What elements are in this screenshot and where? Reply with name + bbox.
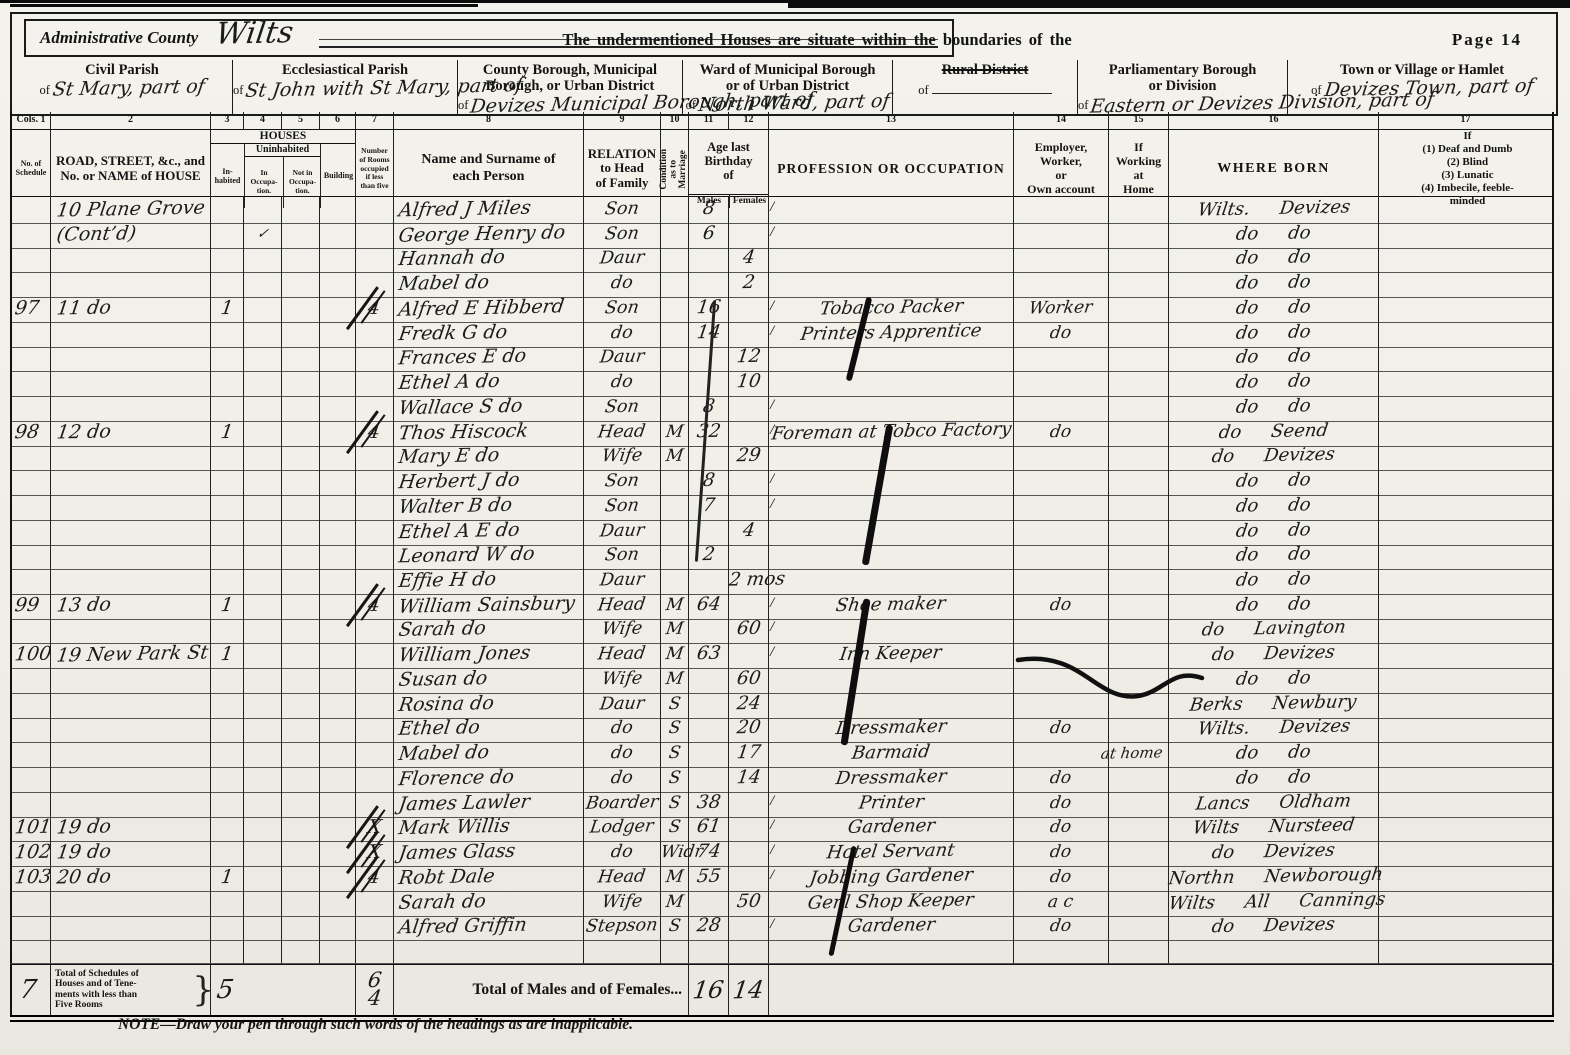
cell-un xyxy=(281,642,319,669)
cell-born: Wilts Nursteed xyxy=(1168,815,1378,842)
table-row: 9812 do14Thos HiscockHeadM32/Foreman at … xyxy=(10,420,1554,445)
cell-un xyxy=(281,370,319,397)
handwritten-entry: at home xyxy=(1099,741,1164,766)
district-value: ofDevizes Town, part of xyxy=(1288,79,1556,98)
handwritten-entry: Head xyxy=(597,592,648,617)
cell-cond: S xyxy=(660,716,688,743)
cell-emp xyxy=(1013,741,1108,768)
column-number-row: Cols. 1234567891011121314151617 xyxy=(10,112,1554,130)
handwritten-entry: 103 xyxy=(13,864,53,889)
cell-emp: do xyxy=(1013,865,1108,892)
cell-occ xyxy=(768,370,1013,397)
enumerator-tick: / xyxy=(770,640,774,664)
cell-bld xyxy=(319,791,355,818)
handwritten-entry: Ethel A do xyxy=(397,369,501,395)
handwritten-entry: 60 xyxy=(735,667,762,691)
col-number-15: 15 xyxy=(1108,112,1168,129)
cell-home xyxy=(1108,246,1168,273)
cell-ageM: 32 xyxy=(688,420,728,447)
totals-label: Total of Schedules of Houses and of Tene… xyxy=(51,969,192,1012)
cell-bld xyxy=(319,914,355,941)
cell-rooms: X xyxy=(355,840,393,867)
census-page: Administrative County Wilts The undermen… xyxy=(0,0,1570,1055)
totals-empty xyxy=(768,965,1554,1015)
cell-sched xyxy=(10,692,50,719)
handwritten-entry: Hannah do xyxy=(397,245,506,271)
table-row: Mabel dodoS17Barmaidat homedo do xyxy=(10,741,1554,766)
handwritten-entry: do Seend xyxy=(1217,418,1329,444)
handwritten-entry: do Devizes xyxy=(1210,913,1336,940)
cell-ageF: 60 xyxy=(728,667,768,694)
cell-rel: Daur xyxy=(583,246,660,273)
district-cell: Ward of Municipal Borough or of Urban Di… xyxy=(682,60,892,114)
cell-rel: Son xyxy=(583,395,660,422)
cell-sched: 102 xyxy=(10,840,50,867)
cell-un xyxy=(281,791,319,818)
totals-females: 14 xyxy=(728,965,768,1015)
cell-un xyxy=(281,444,319,471)
cell-ageF xyxy=(728,469,768,496)
col-number-8: 8 xyxy=(393,112,583,129)
handwritten-entry: 2 xyxy=(701,543,716,567)
cell-inh xyxy=(210,345,243,372)
handwritten-entry: 14 xyxy=(695,320,722,344)
cell-inh xyxy=(210,271,243,298)
handwritten-entry: 1 xyxy=(219,642,234,666)
cell-uo xyxy=(243,667,281,694)
table-row: Sarah doWifeM60/do Lavington xyxy=(10,617,1554,642)
handwritten-entry: James Glass xyxy=(397,839,517,865)
cell-born: do do xyxy=(1168,395,1378,422)
cell-inf xyxy=(1378,840,1554,867)
cell-occ: Genl Shop Keeper xyxy=(768,890,1013,917)
cell-occ xyxy=(768,246,1013,273)
handwritten-entry: 60 xyxy=(735,617,762,641)
cell-bld xyxy=(319,370,355,397)
handwritten-entry: 4 xyxy=(367,419,382,443)
col-number-6: 6 xyxy=(319,112,355,129)
cell-sched: 100 xyxy=(10,642,50,669)
cell-road xyxy=(50,692,210,719)
cell-inf xyxy=(1378,914,1554,941)
cell-occ: /Gardener xyxy=(768,815,1013,842)
cell-uo xyxy=(243,246,281,273)
cell-emp: do xyxy=(1013,766,1108,793)
cell-inf xyxy=(1378,519,1554,546)
cell-un xyxy=(281,222,319,249)
cell-un xyxy=(281,568,319,595)
district-title: Parliamentary Borough or Division xyxy=(1078,63,1287,94)
handwritten-entry: 20 do xyxy=(55,864,112,889)
cell-cond: S xyxy=(660,815,688,842)
cell-home xyxy=(1108,469,1168,496)
cell-un xyxy=(281,321,319,348)
cell-ageF xyxy=(728,420,768,447)
handwritten-entry: Head xyxy=(597,642,648,667)
handwritten-entry: William Sainsbury xyxy=(397,591,576,619)
cell-home xyxy=(1108,766,1168,793)
cell-uo xyxy=(243,890,281,917)
handwritten-entry: Ethel do xyxy=(397,716,481,742)
handwritten-entry: Hotel Servant xyxy=(826,839,957,866)
cell-rel: do xyxy=(583,370,660,397)
cell-ageM: 38 xyxy=(688,791,728,818)
cell-ageF xyxy=(728,395,768,422)
cell-rel: Son xyxy=(583,296,660,323)
handwritten-entry: do do xyxy=(1235,493,1313,519)
handwritten-entry: do do xyxy=(1235,543,1313,569)
cell-home xyxy=(1108,420,1168,447)
cell-rooms xyxy=(355,469,393,496)
cell-occ: /Printers Apprentice xyxy=(768,321,1013,348)
cell-un xyxy=(281,914,319,941)
cell-uo xyxy=(243,815,281,842)
handwritten-entry: 16 xyxy=(695,296,722,320)
handwritten-entry: 1 xyxy=(219,419,234,443)
handwritten-entry: 10 xyxy=(735,370,762,394)
of-label: of xyxy=(233,83,243,97)
cell-sched xyxy=(10,494,50,521)
handwritten-entry: 6 xyxy=(701,222,716,246)
enumerator-tick: / xyxy=(770,220,774,244)
column-header-row: No. of Schedule ROAD, STREET, &c., and N… xyxy=(10,130,1554,197)
cell-rooms xyxy=(355,444,393,471)
cell-name: Wallace S do xyxy=(393,395,583,422)
cell-ageM: 6 xyxy=(688,222,728,249)
cell-rel: Daur xyxy=(583,568,660,595)
cell-ageM xyxy=(688,617,728,644)
table-row: 10019 New Park St1William JonesHeadM63/I… xyxy=(10,642,1554,667)
cell-ageF xyxy=(728,815,768,842)
handwritten-entry: M xyxy=(664,642,685,666)
cell-bld xyxy=(319,246,355,273)
cell-emp xyxy=(1013,543,1108,570)
cell-inf xyxy=(1378,791,1554,818)
cell-sched xyxy=(10,914,50,941)
handwritten-entry: 1 xyxy=(219,593,234,617)
cell-un xyxy=(281,519,319,546)
cell-rel: Wife xyxy=(583,444,660,471)
cell-ageM: 64 xyxy=(688,593,728,620)
district-value: ofNorth Ward, part of xyxy=(683,94,892,113)
totals-label-cell: Total of Schedules of Houses and of Tene… xyxy=(50,965,210,1015)
cell-rooms xyxy=(355,741,393,768)
cell-occ: /Printer xyxy=(768,791,1013,818)
page-number: Page 14 xyxy=(1452,30,1522,50)
cell-sched xyxy=(10,617,50,644)
col-number-1: Cols. 1 xyxy=(10,112,50,129)
handwritten-entry: 12 do xyxy=(55,419,112,444)
cell-uo xyxy=(243,345,281,372)
handwritten-entry: M xyxy=(664,889,685,913)
handwritten-entry: Wilts. Devizes xyxy=(1196,715,1352,742)
cell-name: Alfred Griffin xyxy=(393,914,583,941)
table-row: 9711 do14Alfred E HibberdSon16/Tobacco P… xyxy=(10,296,1554,321)
cell-name: Mark Willis xyxy=(393,815,583,842)
cell-un xyxy=(281,865,319,892)
handwritten-entry: Berks Newbury xyxy=(1189,690,1359,717)
cell-occ: Dressmaker xyxy=(768,716,1013,743)
scan-edge-artifact xyxy=(788,0,1570,8)
cell-inh: 1 xyxy=(210,296,243,323)
cell-inh xyxy=(210,939,243,964)
cell-home xyxy=(1108,296,1168,323)
cell-inh xyxy=(210,741,243,768)
cell-rel: Son xyxy=(583,543,660,570)
table-row: James LawlerBoarderS38/PrinterdoLancs Ol… xyxy=(10,791,1554,816)
cell-occ xyxy=(768,692,1013,719)
cell-born: do do xyxy=(1168,519,1378,546)
cell-rooms xyxy=(355,642,393,669)
cell-ageM: 14 xyxy=(688,321,728,348)
handwritten-entry: Walter B do xyxy=(397,493,514,519)
col-number-10: 10 xyxy=(660,112,688,129)
cell-rel: Daur xyxy=(583,692,660,719)
cell-name: Ethel A E do xyxy=(393,519,583,546)
handwritten-entry: Son xyxy=(603,221,640,246)
cell-sched xyxy=(10,519,50,546)
table-row: Fredk G dodo14/Printers Apprenticedodo d… xyxy=(10,321,1554,346)
cell-inh xyxy=(210,815,243,842)
cell-name: Rosina do xyxy=(393,692,583,719)
handwritten-entry: 13 do xyxy=(55,592,112,617)
totals-schedule-mark: 7 xyxy=(10,965,50,1015)
cell-un xyxy=(281,395,319,422)
cell-ageF xyxy=(728,197,768,224)
handwritten-entry: do do xyxy=(1235,740,1313,766)
handwritten-entry: Daur xyxy=(598,518,646,543)
cell-born: do do xyxy=(1168,568,1378,595)
cell-emp: do xyxy=(1013,840,1108,867)
cell-ageM xyxy=(688,741,728,768)
handwritten-entry: Son xyxy=(603,493,640,518)
handwritten-entry: do do xyxy=(1235,270,1313,296)
cell-bld xyxy=(319,395,355,422)
cell-sched xyxy=(10,321,50,348)
cell-emp xyxy=(1013,395,1108,422)
handwritten-entry: S xyxy=(667,716,682,740)
totals-rooms: 6 4 xyxy=(355,965,393,1015)
handwritten-entry: Wife xyxy=(600,889,644,914)
handwritten-entry: 28 xyxy=(695,914,722,938)
cell-bld xyxy=(319,692,355,719)
cell-un xyxy=(281,469,319,496)
table-row: Hannah doDaur4do do xyxy=(10,246,1554,271)
handwritten-entry: Florence do xyxy=(397,765,515,791)
table-row: Wallace S doSon8/do do xyxy=(10,395,1554,420)
cell-cond xyxy=(660,494,688,521)
cell-inh xyxy=(210,222,243,249)
cell-occ xyxy=(768,271,1013,298)
cell-emp xyxy=(1013,197,1108,224)
cell-inh xyxy=(210,914,243,941)
cell-rooms xyxy=(355,519,393,546)
cell-emp: do xyxy=(1013,321,1108,348)
cell-occ: /Hotel Servant xyxy=(768,840,1013,867)
cell-bld xyxy=(319,469,355,496)
cell-born: do do xyxy=(1168,741,1378,768)
cell-ageF: 2 mos xyxy=(728,568,768,595)
cell-ageF xyxy=(728,939,768,964)
cell-occ: Barmaid xyxy=(768,741,1013,768)
cell-ageM xyxy=(688,568,728,595)
cell-ageF: 12 xyxy=(728,345,768,372)
scan-edge-artifact xyxy=(10,4,478,7)
cell-rel: Wife xyxy=(583,667,660,694)
handwritten-entry: M xyxy=(664,444,685,468)
cell-rooms: 4 xyxy=(355,593,393,620)
cell-ageM xyxy=(688,766,728,793)
cell-ageF: 29 xyxy=(728,444,768,471)
cell-rooms xyxy=(355,667,393,694)
cell-occ xyxy=(768,568,1013,595)
district-value: of xyxy=(893,79,1077,98)
cell-born: do do xyxy=(1168,494,1378,521)
cell-uo xyxy=(243,692,281,719)
cell-born: do do xyxy=(1168,469,1378,496)
cell-ageM: 7 xyxy=(688,494,728,521)
handwritten-entry: 7 xyxy=(701,494,716,518)
cell-born: do do xyxy=(1168,246,1378,273)
cell-name: Alfred E Hibberd xyxy=(393,296,583,323)
cell-occ xyxy=(768,667,1013,694)
handwritten-entry: 19 do xyxy=(55,840,112,865)
handwritten-entry: Wife xyxy=(600,617,644,642)
cell-born: Wilts All Cannings xyxy=(1168,890,1378,917)
cell-road xyxy=(50,914,210,941)
cell-inf xyxy=(1378,271,1554,298)
cell-ageF: 14 xyxy=(728,766,768,793)
table-row: 10 Plane GroveAlfred J MilesSon8/Wilts. … xyxy=(10,197,1554,222)
cell-inf xyxy=(1378,766,1554,793)
handwritten-entry: S xyxy=(667,766,682,790)
cell-born: do do xyxy=(1168,296,1378,323)
cell-name: William Sainsbury xyxy=(393,593,583,620)
cell-sched xyxy=(10,370,50,397)
cell-uo xyxy=(243,568,281,595)
cell-ageF: 50 xyxy=(728,890,768,917)
cell-un xyxy=(281,420,319,447)
cell-rooms: 4 xyxy=(355,420,393,447)
cell-ageF xyxy=(728,321,768,348)
cell-name: Susan do xyxy=(393,667,583,694)
table-row: 10119 doXMark WillisLodgerS61/Gardenerdo… xyxy=(10,815,1554,840)
cell-occ: / xyxy=(768,222,1013,249)
handwritten-entry: do do xyxy=(1235,592,1313,618)
cell-inf xyxy=(1378,716,1554,743)
handwritten-entry: 4 xyxy=(741,518,756,542)
cell-ageF: 20 xyxy=(728,716,768,743)
cell-un xyxy=(281,716,319,743)
cell-rel: Stepson xyxy=(583,914,660,941)
cell-ageM: 16 xyxy=(688,296,728,323)
cell-born: do Seend xyxy=(1168,420,1378,447)
district-handwriting: St Mary, part of xyxy=(51,77,206,98)
cell-uo xyxy=(243,296,281,323)
handwritten-entry: 61 xyxy=(695,815,722,839)
cell-inh xyxy=(210,246,243,273)
cell-uo xyxy=(243,444,281,471)
handwritten-entry: do do xyxy=(1235,518,1313,544)
cell-sched xyxy=(10,939,50,964)
table-row: Walter B doSon7/do do xyxy=(10,494,1554,519)
cell-ageF: 4 xyxy=(728,246,768,273)
cell-inh xyxy=(210,519,243,546)
cell-bld xyxy=(319,543,355,570)
cell-sched xyxy=(10,716,50,743)
cell-ageM: 8 xyxy=(688,469,728,496)
cell-cond: S xyxy=(660,791,688,818)
cell-emp: a c xyxy=(1013,890,1108,917)
cell-name: Florence do xyxy=(393,766,583,793)
cell-un xyxy=(281,890,319,917)
cell-sched xyxy=(10,246,50,273)
cell-un xyxy=(281,667,319,694)
handwritten-entry: 98 xyxy=(13,419,41,444)
cell-born: do do xyxy=(1168,543,1378,570)
cell-occ xyxy=(768,543,1013,570)
cell-inh xyxy=(210,716,243,743)
cell-sched: 103 xyxy=(10,865,50,892)
handwritten-entry: do xyxy=(609,370,634,394)
cell-road: 19 do xyxy=(50,840,210,867)
census-table: Cols. 1234567891011121314151617 No. of S… xyxy=(10,112,1554,1022)
handwritten-entry: do xyxy=(1049,790,1073,814)
handwritten-entry: do xyxy=(1049,766,1073,790)
handwritten-entry: 101 xyxy=(13,815,53,840)
handwritten-entry: 8 xyxy=(701,197,716,221)
cell-un xyxy=(281,345,319,372)
district-cell: Ecclesiastical ParishofSt John with St M… xyxy=(232,60,457,114)
table-row: Ethel A dodo10do do xyxy=(10,370,1554,395)
handwritten-entry: Head xyxy=(597,419,648,444)
cell-sched xyxy=(10,667,50,694)
handwritten-entry: do Lavington xyxy=(1200,616,1347,643)
handwritten-entry: do do xyxy=(1235,765,1313,791)
cell-cond: M xyxy=(660,890,688,917)
cell-uo xyxy=(243,395,281,422)
cell-sched: 98 xyxy=(10,420,50,447)
cell-rooms xyxy=(355,197,393,224)
district-cell: Civil ParishofSt Mary, part of xyxy=(12,60,232,114)
handwritten-entry: Northn Newborough xyxy=(1167,863,1385,891)
top-header: Administrative County Wilts The undermen… xyxy=(10,12,1558,116)
handwritten-entry: Effie H do xyxy=(397,567,498,593)
cell-cond xyxy=(660,246,688,273)
cell-bld xyxy=(319,815,355,842)
cell-ageM xyxy=(688,939,728,964)
cell-born: do Devizes xyxy=(1168,914,1378,941)
cell-un xyxy=(281,543,319,570)
col-number-2: 2 xyxy=(50,112,210,129)
cell-rel: Son xyxy=(583,197,660,224)
cell-inh xyxy=(210,494,243,521)
cell-home xyxy=(1108,840,1168,867)
handwritten-entry: Wilts. Devizes xyxy=(1196,195,1352,222)
cell-uo xyxy=(243,642,281,669)
handwritten-entry: 50 xyxy=(735,889,762,913)
enumerator-tick: / xyxy=(770,319,774,343)
handwritten-entry: Sarah do xyxy=(397,617,487,643)
cell-un xyxy=(281,815,319,842)
handwritten-entry: Robt Dale xyxy=(397,864,496,890)
cell-rooms xyxy=(355,791,393,818)
cell-inf xyxy=(1378,444,1554,471)
handwritten-entry: 14 xyxy=(735,766,762,790)
cell-sched: 101 xyxy=(10,815,50,842)
cell-sched xyxy=(10,345,50,372)
handwritten-entry: do do xyxy=(1235,369,1313,395)
